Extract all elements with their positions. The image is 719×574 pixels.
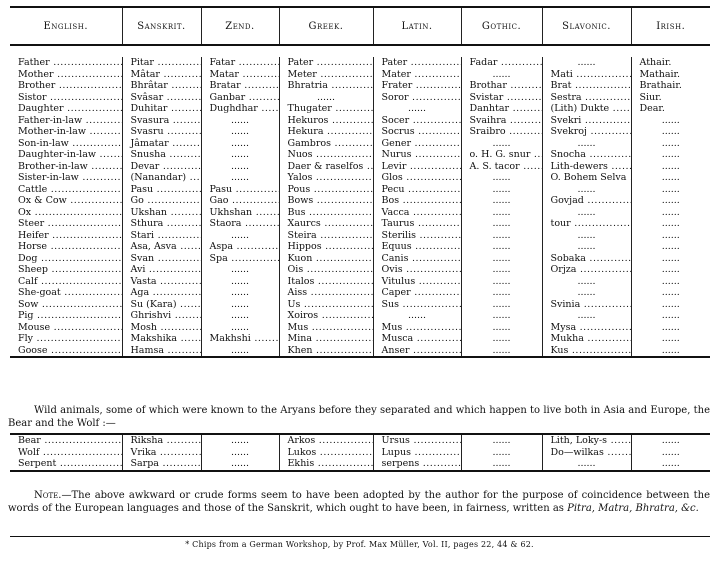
footnote-divider [10, 536, 710, 537]
table-cell: Jâmatar [122, 138, 201, 150]
table-cell: Mina [279, 333, 373, 345]
table-cell: Bear [10, 434, 122, 447]
empty-cell-dots: ...... [461, 207, 542, 219]
table-cell: Wolf [10, 447, 122, 459]
empty-cell-dots: ...... [461, 230, 542, 242]
table-cell: She-goat [10, 287, 122, 299]
table-cell: Sthura [122, 218, 201, 230]
table-cell: Soror [373, 92, 461, 104]
empty-cell-dots: ...... [461, 322, 542, 334]
table-cell: Sterilis [373, 230, 461, 242]
empty-cell-dots: ...... [373, 103, 461, 115]
vocabulary-table-body: FatherPitarFatarPaterPaterFadar......Ath… [10, 57, 710, 357]
table-row: DogSvanSpaKuonCanis......Sobaka...... [10, 253, 710, 265]
empty-cell-dots: ...... [461, 287, 542, 299]
table-cell: Do—wilkas [542, 447, 631, 459]
table-cell: Dear. [631, 103, 710, 115]
table-cell: Vasta [122, 276, 201, 288]
table-cell: Pasu [122, 184, 201, 196]
table-cell: Son-in-law [10, 138, 122, 150]
wild-animals-table: BearRiksha......ArkosUrsus......Lith, Lo… [10, 433, 710, 472]
table-row: CalfVasta......ItalosVitulus............… [10, 276, 710, 288]
empty-cell-dots: ...... [201, 276, 279, 288]
empty-cell-dots: ...... [631, 264, 710, 276]
table-row: FlyMakshikaMakhshiMinaMusca......Mukha..… [10, 333, 710, 345]
empty-cell-dots: ...... [201, 264, 279, 276]
table-cell: Riksha [122, 434, 201, 447]
table-cell: Socrus [373, 126, 461, 138]
table-cell: Lukos [279, 447, 373, 459]
table-row: GooseHamsa......KhenAnser......Kus...... [10, 345, 710, 358]
table-cell: Pasu [201, 184, 279, 196]
empty-cell-dots: ...... [631, 458, 710, 471]
table-cell: Us [279, 299, 373, 311]
empty-cell-dots: ...... [461, 447, 542, 459]
table-cell: Musca [373, 333, 461, 345]
table-cell: Aga [122, 287, 201, 299]
table-cell: Ois [279, 264, 373, 276]
table-row: SheepAvi......OisOvis......Orjza...... [10, 264, 710, 276]
empty-cell-dots: ...... [631, 434, 710, 447]
empty-cell-dots: ...... [631, 241, 710, 253]
empty-cell-dots: ...... [631, 322, 710, 334]
table-cell: Pous [279, 184, 373, 196]
empty-cell-dots: ...... [542, 310, 631, 322]
table-cell: Staora [201, 218, 279, 230]
table-cell: Sheep [10, 264, 122, 276]
header-gothic: Gothic. [461, 7, 542, 45]
table-cell: Ekhis [279, 458, 373, 471]
table-cell: Avi [122, 264, 201, 276]
table-cell: Ganbar [201, 92, 279, 104]
table-cell: Makhshi [201, 333, 279, 345]
table-row: SistorSvâsarGanbar......SororSvistarSest… [10, 92, 710, 104]
empty-cell-dots: ...... [201, 310, 279, 322]
empty-cell-dots: ...... [201, 115, 279, 127]
table-cell: Pig [10, 310, 122, 322]
table-cell: Levir [373, 161, 461, 173]
table-cell: Ukshan [122, 207, 201, 219]
table-cell: Vacca [373, 207, 461, 219]
table-cell: Pecu [373, 184, 461, 196]
table-cell: Kus [542, 345, 631, 358]
table-cell: Vitulus [373, 276, 461, 288]
table-cell: A. S. tacor [461, 161, 542, 173]
empty-cell-dots: ...... [201, 230, 279, 242]
table-cell: Ukhshan [201, 207, 279, 219]
table-row: CattlePasuPasuPousPecu.................. [10, 184, 710, 196]
table-cell: Xoiros [279, 310, 373, 322]
table-cell: Lith, Loky-s [542, 434, 631, 447]
table-cell: Italos [279, 276, 373, 288]
table-cell: Hekuros [279, 115, 373, 127]
empty-cell-dots: ...... [631, 161, 710, 173]
table-row: BearRiksha......ArkosUrsus......Lith, Lo… [10, 434, 710, 447]
empty-cell-dots: ...... [461, 218, 542, 230]
empty-cell-dots: ...... [542, 241, 631, 253]
table-cell: Bos [373, 195, 461, 207]
table-row: She-goatAga......AissCaper..............… [10, 287, 710, 299]
table-cell: Anser [373, 345, 461, 358]
table-cell: Brother [10, 80, 122, 92]
table-cell: Sraibro [461, 126, 542, 138]
table-cell: Frater [373, 80, 461, 92]
table-cell: Dog [10, 253, 122, 265]
table-cell: Mater [373, 69, 461, 81]
table-cell: o. H. G. snur [461, 149, 542, 161]
table-cell: Svan [122, 253, 201, 265]
empty-cell-dots: ...... [461, 276, 542, 288]
table-cell: (Lith) Dukte [542, 103, 631, 115]
table-cell: Fatar [201, 57, 279, 69]
table-cell: Bhratria [279, 80, 373, 92]
table-cell: Orjza [542, 264, 631, 276]
table-cell: Svasura [122, 115, 201, 127]
table-cell: Socer [373, 115, 461, 127]
table-cell: Cattle [10, 184, 122, 196]
note-label: Note. [34, 490, 61, 501]
table-cell: Pater [279, 57, 373, 69]
table-header: English. Sanskrit. Zend. Greek. Latin. G… [10, 6, 710, 46]
table-cell: Mouse [10, 322, 122, 334]
table-row: PigGhrishvi......Xoiros.................… [10, 310, 710, 322]
table-cell: Steer [10, 218, 122, 230]
table-cell: Gener [373, 138, 461, 150]
table-row: Ox & CowGoGaoBowsBos......Govjad...... [10, 195, 710, 207]
table-cell: Lith-dewers [542, 161, 631, 173]
table-cell: Ursus [373, 434, 461, 447]
table-row: Son-in-lawJâmatar......GambrosGener.....… [10, 138, 710, 150]
empty-cell-dots: ...... [631, 345, 710, 358]
header-english: English. [10, 7, 122, 45]
empty-cell-dots: ...... [631, 115, 710, 127]
table-row: Brother-in-lawDevar......Daer & raselfos… [10, 161, 710, 173]
table-row: HorseAsa, AsvaAspaHipposEquus...........… [10, 241, 710, 253]
note-italic-pitra: Pitra, [567, 503, 595, 514]
table-cell: Hamsa [122, 345, 201, 358]
empty-cell-dots: ...... [542, 458, 631, 471]
table-cell: Sus [373, 299, 461, 311]
empty-cell-dots: ...... [279, 92, 373, 104]
table-row: HeiferStari......SteiraSterilis.........… [10, 230, 710, 242]
empty-cell-dots: ...... [631, 126, 710, 138]
table-cell: Father [10, 57, 122, 69]
table-cell: Ox [10, 207, 122, 219]
empty-cell-dots: ...... [631, 447, 710, 459]
table-cell: Su (Kara) [122, 299, 201, 311]
table-cell: Svinia [542, 299, 631, 311]
empty-cell-dots: ...... [542, 184, 631, 196]
table-row: FatherPitarFatarPaterPaterFadar......Ath… [10, 57, 710, 69]
empty-cell-dots: ...... [201, 322, 279, 334]
table-cell: Mati [542, 69, 631, 81]
table-cell: Siur. [631, 92, 710, 104]
table-row: Mother-in-lawSvasru......HekuraSocrusSra… [10, 126, 710, 138]
table-cell: Meter [279, 69, 373, 81]
empty-cell-dots: ...... [201, 458, 279, 471]
table-row: SowSu (Kara)......UsSus......Svinia.....… [10, 299, 710, 311]
header-latin: Latin. [373, 7, 461, 45]
empty-cell-dots: ...... [461, 69, 542, 81]
empty-cell-dots: ...... [201, 447, 279, 459]
footnote: * Chips from a German Workshop, by Prof.… [0, 540, 719, 549]
table-cell: Ox & Cow [10, 195, 122, 207]
empty-cell-dots: ...... [201, 345, 279, 358]
empty-cell-dots: ...... [631, 230, 710, 242]
table-cell: Nuos [279, 149, 373, 161]
table-cell: Serpent [10, 458, 122, 471]
table-cell: Hippos [279, 241, 373, 253]
wild-animals-table-body: BearRiksha......ArkosUrsus......Lith, Lo… [10, 434, 710, 471]
empty-cell-dots: ...... [631, 149, 710, 161]
empty-cell-dots: ...... [631, 207, 710, 219]
wild-animals-paragraph: Wild animals, some of which were known t… [8, 404, 710, 430]
table-row: Daughter-in-lawSnusha......NuosNuruso. H… [10, 149, 710, 161]
empty-cell-dots: ...... [201, 172, 279, 184]
table-cell: Brat [542, 80, 631, 92]
table-cell: Asa, Asva [122, 241, 201, 253]
table-cell: Mus [279, 322, 373, 334]
table-cell: Daughter-in-law [10, 149, 122, 161]
table-cell: Caper [373, 287, 461, 299]
table-cell: Duhitar [122, 103, 201, 115]
table-row: DaughterDuhitarDughdharThugater......Dan… [10, 103, 710, 115]
table-cell: Brothar [461, 80, 542, 92]
header-sanskrit: Sanskrit. [122, 7, 201, 45]
empty-cell-dots: ...... [542, 207, 631, 219]
table-cell: Svekroj [542, 126, 631, 138]
table-cell: Mother-in-law [10, 126, 122, 138]
table-cell: Mosh [122, 322, 201, 334]
table-cell: Father-in-law [10, 115, 122, 127]
table-cell: Yalos [279, 172, 373, 184]
table-cell: Dughdhar [201, 103, 279, 115]
empty-cell-dots: ...... [461, 241, 542, 253]
table-cell: Sobaka [542, 253, 631, 265]
empty-cell-dots: ...... [631, 218, 710, 230]
document-page: English. Sanskrit. Zend. Greek. Latin. G… [0, 0, 719, 574]
note-italic-bhratra: Bhratra, [635, 503, 677, 514]
table-row: WolfVrika......LukosLupus......Do—wilkas… [10, 447, 710, 459]
table-cell: Arkos [279, 434, 373, 447]
empty-cell-dots: ...... [542, 138, 631, 150]
table-cell: Svâsar [122, 92, 201, 104]
table-row: BrotherBhrâtarBratarBhratriaFraterBrotha… [10, 80, 710, 92]
table-cell: Glos [373, 172, 461, 184]
empty-cell-dots: ...... [461, 138, 542, 150]
empty-cell-dots: ...... [461, 345, 542, 358]
empty-cell-dots: ...... [631, 184, 710, 196]
empty-cell-dots: ...... [461, 172, 542, 184]
table-cell: Makshika [122, 333, 201, 345]
table-cell: Svasru [122, 126, 201, 138]
table-cell: Gambros [279, 138, 373, 150]
note-italic-etc: &c. [681, 503, 699, 514]
table-cell: Athair. [631, 57, 710, 69]
table-row: SerpentSarpa......Ekhisserpens..........… [10, 458, 710, 471]
table-cell: Kuon [279, 253, 373, 265]
table-cell: Svekri [542, 115, 631, 127]
empty-cell-dots: ...... [542, 230, 631, 242]
table-cell: Ghrishvi [122, 310, 201, 322]
table-cell: Lupus [373, 447, 461, 459]
empty-cell-dots: ...... [373, 310, 461, 322]
table-cell: Taurus [373, 218, 461, 230]
table-cell: Pater [373, 57, 461, 69]
empty-cell-dots: ...... [201, 287, 279, 299]
table-cell: Devar [122, 161, 201, 173]
table-cell: Goose [10, 345, 122, 358]
table-cell: Khen [279, 345, 373, 358]
table-cell: Thugater [279, 103, 373, 115]
wild-animals-intro: Wild animals, some of which were known t… [8, 405, 710, 429]
empty-cell-dots: ...... [201, 126, 279, 138]
empty-cell-dots: ...... [461, 333, 542, 345]
table-cell: Xaurcs [279, 218, 373, 230]
table-cell: Bhrâtar [122, 80, 201, 92]
empty-cell-dots: ...... [631, 195, 710, 207]
note-paragraph: Note.—The above awkward or crude forms s… [8, 489, 710, 515]
table-cell: Brathair. [631, 80, 710, 92]
table-cell: Bus [279, 207, 373, 219]
table-cell: tour [542, 218, 631, 230]
table-cell: Nurus [373, 149, 461, 161]
table-cell: Ovis [373, 264, 461, 276]
table-cell: Sestra [542, 92, 631, 104]
vocabulary-table: FatherPitarFatarPaterPaterFadar......Ath… [10, 57, 710, 358]
table-row: OxUkshanUkhshanBusVacca.................… [10, 207, 710, 219]
empty-cell-dots: ...... [201, 161, 279, 173]
empty-cell-dots: ...... [631, 253, 710, 265]
table-cell: Sistor [10, 92, 122, 104]
table-cell: Heifer [10, 230, 122, 242]
table-cell: Vrika [122, 447, 201, 459]
table-cell: Go [122, 195, 201, 207]
table-cell: Aiss [279, 287, 373, 299]
empty-cell-dots: ...... [461, 310, 542, 322]
empty-cell-dots: ...... [631, 287, 710, 299]
table-cell: Gao [201, 195, 279, 207]
table-cell: Svistar [461, 92, 542, 104]
table-cell: Sarpa [122, 458, 201, 471]
table-cell: Daer & raselfos [279, 161, 373, 173]
table-row: Sister-in-law(Nanandar)......YalosGlos..… [10, 172, 710, 184]
empty-cell-dots: ...... [461, 195, 542, 207]
empty-cell-dots: ...... [461, 434, 542, 447]
table-cell: Steira [279, 230, 373, 242]
table-cell: Pitar [122, 57, 201, 69]
table-cell: Matar [201, 69, 279, 81]
table-row: Father-in-lawSvasura......HekurosSocerSv… [10, 115, 710, 127]
table-cell: Aspa [201, 241, 279, 253]
empty-cell-dots: ...... [631, 333, 710, 345]
empty-cell-dots: ...... [631, 138, 710, 150]
empty-cell-dots: ...... [461, 458, 542, 471]
table-cell: Mâtar [122, 69, 201, 81]
table-cell: Hekura [279, 126, 373, 138]
empty-cell-dots: ...... [631, 276, 710, 288]
table-cell: Mus [373, 322, 461, 334]
table-cell: O. Bohem Selva [542, 172, 631, 184]
table-cell: Sow [10, 299, 122, 311]
empty-cell-dots: ...... [461, 264, 542, 276]
empty-cell-dots: ...... [461, 184, 542, 196]
empty-cell-dots: ...... [201, 138, 279, 150]
table-cell: Svaihra [461, 115, 542, 127]
table-cell: Equus [373, 241, 461, 253]
table-cell: Snusha [122, 149, 201, 161]
empty-cell-dots: ...... [631, 299, 710, 311]
table-cell: Mysa [542, 322, 631, 334]
empty-cell-dots: ...... [631, 310, 710, 322]
table-cell: Danhtar [461, 103, 542, 115]
table-cell: Canis [373, 253, 461, 265]
table-row: MotherMâtarMatarMeterMater......MatiMath… [10, 69, 710, 81]
empty-cell-dots: ...... [201, 299, 279, 311]
note-italic-matra: Matra, [598, 503, 632, 514]
empty-cell-dots: ...... [631, 172, 710, 184]
table-row: MouseMosh......MusMus......Mysa...... [10, 322, 710, 334]
table-cell: Mukha [542, 333, 631, 345]
table-cell: Daughter [10, 103, 122, 115]
header-irish: Irish. [631, 7, 710, 45]
table-cell: Bows [279, 195, 373, 207]
table-cell: Horse [10, 241, 122, 253]
empty-cell-dots: ...... [542, 287, 631, 299]
table-cell: Mother [10, 69, 122, 81]
table-cell: Sister-in-law [10, 172, 122, 184]
empty-cell-dots: ...... [542, 276, 631, 288]
table-cell: Govjad [542, 195, 631, 207]
table-cell: Bratar [201, 80, 279, 92]
empty-cell-dots: ...... [201, 149, 279, 161]
empty-cell-dots: ...... [461, 299, 542, 311]
table-cell: Calf [10, 276, 122, 288]
table-cell: Mathair. [631, 69, 710, 81]
empty-cell-dots: ...... [201, 434, 279, 447]
header-greek: Greek. [279, 7, 373, 45]
empty-cell-dots: ...... [461, 253, 542, 265]
table-cell: Snocha [542, 149, 631, 161]
table-cell: Fly [10, 333, 122, 345]
table-cell: serpens [373, 458, 461, 471]
table-row: SteerSthuraStaoraXaurcsTaurus......tour.… [10, 218, 710, 230]
table-cell: Fadar [461, 57, 542, 69]
table-cell: Brother-in-law [10, 161, 122, 173]
header-slavonic: Slavonic. [542, 7, 631, 45]
table-cell: (Nanandar) [122, 172, 201, 184]
table-cell: Stari [122, 230, 201, 242]
empty-cell-dots: ...... [542, 57, 631, 69]
header-zend: Zend. [201, 7, 279, 45]
table-cell: Spa [201, 253, 279, 265]
